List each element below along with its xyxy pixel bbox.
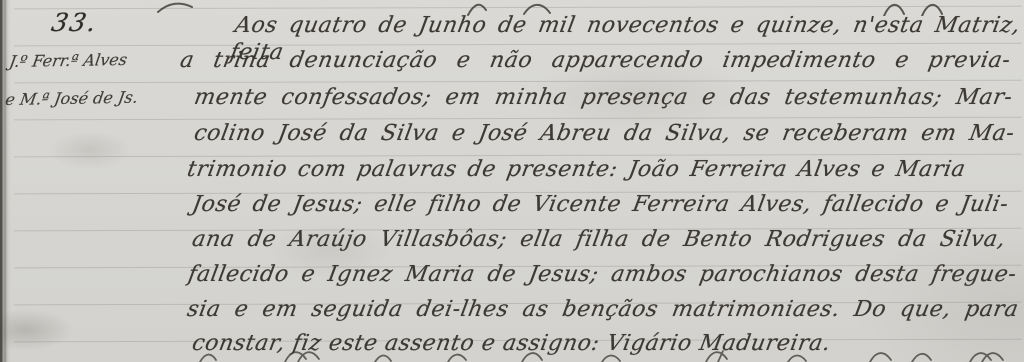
record-text-line: fallecido e Ignez Maria de Jesus; ambos …: [186, 261, 1019, 288]
entry-number: 33.: [49, 8, 101, 37]
margin-note-groom: J.º Ferr.ª Alves: [8, 50, 129, 71]
ruled-line: [14, 6, 1022, 10]
record-text-line: sia e em seguida dei-lhes as bençãos mat…: [185, 296, 1021, 323]
record-text-line: constar, fiz este assento e assigno: Vig…: [190, 330, 833, 357]
record-text-line: José de Jesus; elle filho de Vicente Fer…: [190, 191, 1011, 218]
ruled-line: [14, 80, 1022, 84]
margin-note-bride: e M.ª José de Js.: [4, 88, 139, 109]
record-text-line: mente confessados; em minha presença e d…: [192, 84, 1015, 111]
register-page: 33. J.º Ferr.ª Alves e M.ª José de Js. A…: [0, 0, 1024, 362]
record-text-line: ana de Araújo Villasbôas; ella filha de …: [190, 226, 1008, 253]
record-text-line: a trina denunciação e não apparecendo im…: [178, 47, 1013, 74]
record-text-line: colino José da Silva e José Abreu da Sil…: [192, 120, 1017, 147]
record-text-line: trimonio com palavras de presente: João …: [185, 156, 968, 183]
